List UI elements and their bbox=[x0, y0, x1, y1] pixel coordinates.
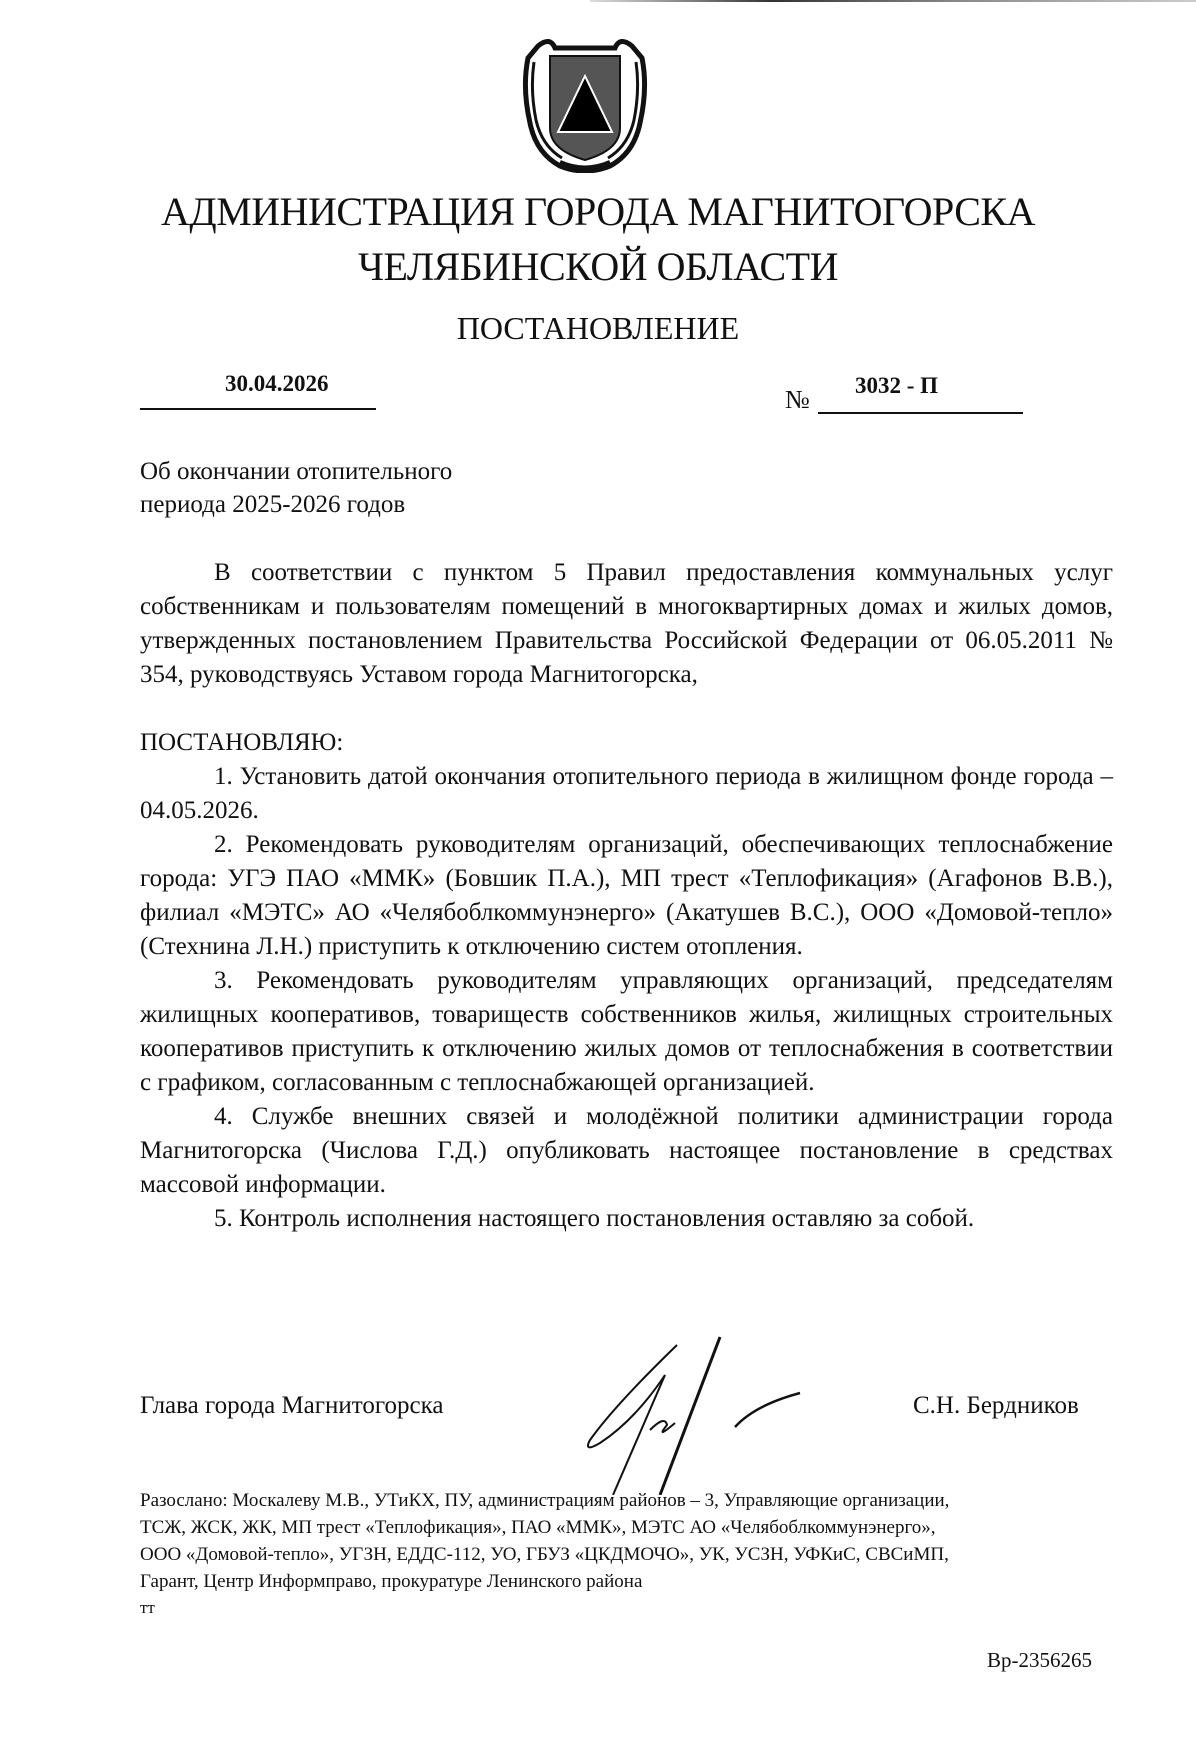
distribution-list: Разослано: Москалеву М.В., УТиКХ, ПУ, ад… bbox=[140, 1487, 1120, 1595]
document-date: 30.04.2026 bbox=[225, 371, 329, 397]
number-underline bbox=[818, 412, 1023, 414]
date-underline bbox=[140, 408, 376, 410]
signatory-name: С.Н. Бердников bbox=[913, 1392, 1079, 1420]
coat-of-arms-icon bbox=[520, 28, 650, 173]
scan-edge-line bbox=[590, 0, 1196, 2]
document-type: ПОСТАНОВЛЕНИЕ bbox=[0, 310, 1196, 347]
distribution-line: Разослано: Москалеву М.В., УТиКХ, ПУ, ад… bbox=[140, 1487, 1120, 1514]
distribution-line: ТСЖ, ЖСК, ЖК, МП трест «Теплофикация», П… bbox=[140, 1514, 1120, 1541]
item-3: 3. Рекомендовать руководителям управляющ… bbox=[140, 964, 1113, 1100]
document-subject: Об окончании отопительного периода 2025-… bbox=[140, 455, 452, 521]
resolve-heading: ПОСТАНОВЛЯЮ: bbox=[140, 726, 1113, 760]
item-1: 1. Установить датой окончания отопительн… bbox=[140, 760, 1113, 828]
item-5: 5. Контроль исполнения настоящего постан… bbox=[140, 1202, 1113, 1236]
item-4: 4. Службе внешних связей и молодёжной по… bbox=[140, 1100, 1113, 1202]
org-title-line2: ЧЕЛЯБИНСКОЙ ОБЛАСТИ bbox=[0, 243, 1196, 290]
document-number: 3032 - П bbox=[855, 373, 938, 399]
item-2: 2. Рекомендовать руководителям организац… bbox=[140, 828, 1113, 964]
subject-line2: периода 2025-2026 годов bbox=[140, 488, 452, 521]
handwritten-signature-icon bbox=[555, 1335, 855, 1495]
distribution-line: Гарант, Центр Информправо, прокуратуре Л… bbox=[140, 1568, 1120, 1595]
number-sign: № bbox=[785, 385, 810, 415]
executor-initials: тт bbox=[140, 1598, 155, 1618]
signatory-position: Глава города Магнитогорска bbox=[140, 1392, 443, 1420]
distribution-line: ООО «Домовой-тепло», УГЗН, ЕДДС-112, УО,… bbox=[140, 1541, 1120, 1568]
registration-number: Вр-2356265 bbox=[987, 1648, 1092, 1673]
document-body: В соответствии с пунктом 5 Правил предос… bbox=[140, 556, 1113, 1236]
preamble-paragraph: В соответствии с пунктом 5 Правил предос… bbox=[140, 556, 1113, 692]
subject-line1: Об окончании отопительного bbox=[140, 455, 452, 488]
org-title-line1: АДМИНИСТРАЦИЯ ГОРОДА МАГНИТОГОРСКА bbox=[0, 188, 1196, 235]
